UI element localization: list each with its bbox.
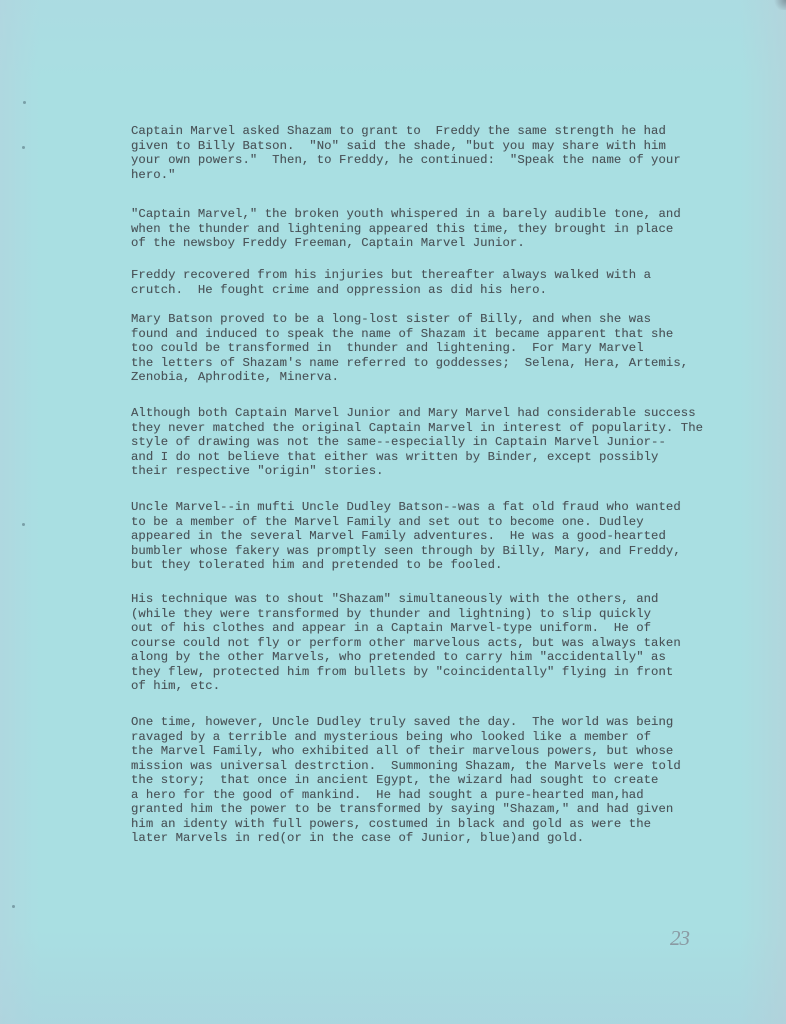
paragraph-popularity: Although both Captain Marvel Junior and … [131,406,703,479]
text-line: they flew, protected him from bullets by… [131,665,673,679]
text-line: your own powers." Then, to Freddy, he co… [131,153,681,167]
text-line: their respective "origin" stories. [131,464,384,478]
text-line: the letters of Shazam's name referred to… [131,356,688,370]
paper-speck [22,523,25,526]
page-number: 23 [670,926,689,951]
text-line: of him, etc. [131,679,220,693]
paragraph-uncle-dudley-saved-day: One time, however, Uncle Dudley truly sa… [131,715,681,846]
text-line: found and induced to speak the name of S… [131,327,673,341]
text-line: Captain Marvel asked Shazam to grant to … [131,124,666,138]
text-line: a hero for the good of mankind. He had s… [131,788,644,802]
paragraph-freddy-strength: Captain Marvel asked Shazam to grant to … [131,124,681,182]
text-line: Freddy recovered from his injuries but t… [131,268,651,282]
text-line: the story; that once in ancient Egypt, t… [131,773,658,787]
text-line: along by the other Marvels, who pretende… [131,650,666,664]
text-line: course could not fly or perform other ma… [131,636,681,650]
text-line: granted him the power to be transformed … [131,802,673,816]
text-line: when the thunder and lightening appeared… [131,222,673,236]
text-line: they never matched the original Captain … [131,421,703,435]
paragraph-uncle-marvel: Uncle Marvel--in mufti Uncle Dudley Bats… [131,500,681,573]
paper-speck [22,146,25,149]
text-line: ravaged by a terrible and mysterious bei… [131,730,651,744]
text-line: Although both Captain Marvel Junior and … [131,406,696,420]
text-line: bumbler whose fakery was promptly seen t… [131,544,681,558]
text-line: mission was universal destrction. Summon… [131,759,681,773]
text-line: Mary Batson proved to be a long-lost sis… [131,312,651,326]
paper-speck [23,101,26,104]
text-line: Uncle Marvel--in mufti Uncle Dudley Bats… [131,500,681,514]
text-line: (while they were transformed by thunder … [131,607,651,621]
text-line: to be a member of the Marvel Family and … [131,515,644,529]
text-line: His technique was to shout "Shazam" simu… [131,592,658,606]
text-line: appeared in the several Marvel Family ad… [131,529,666,543]
page-corner-shadow [772,0,786,10]
text-line: hero." [131,168,176,182]
text-line: later Marvels in red(or in the case of J… [131,831,584,845]
text-line: One time, however, Uncle Dudley truly sa… [131,715,673,729]
text-line: and I do not believe that either was wri… [131,450,658,464]
paragraph-captain-marvel-junior: "Captain Marvel," the broken youth whisp… [131,207,681,251]
document-page: Captain Marvel asked Shazam to grant to … [0,0,786,1024]
text-line: him an identy with full powers, costumed… [131,817,651,831]
text-line: the Marvel Family, who exhibited all of … [131,744,673,758]
paragraph-freddy-crutch: Freddy recovered from his injuries but t… [131,268,651,297]
text-line: given to Billy Batson. "No" said the sha… [131,139,666,153]
text-line: but they tolerated him and pretended to … [131,558,502,572]
text-line: Zenobia, Aphrodite, Minerva. [131,370,339,384]
paper-speck [12,905,15,908]
text-line: of the newsboy Freddy Freeman, Captain M… [131,236,525,250]
paragraph-mary-batson: Mary Batson proved to be a long-lost sis… [131,312,688,385]
text-line: crutch. He fought crime and oppression a… [131,283,547,297]
paragraph-technique: His technique was to shout "Shazam" simu… [131,592,681,694]
text-line: too could be transformed in thunder and … [131,341,644,355]
text-line: out of his clothes and appear in a Capta… [131,621,651,635]
text-line: style of drawing was not the same--espec… [131,435,666,449]
text-line: "Captain Marvel," the broken youth whisp… [131,207,681,221]
